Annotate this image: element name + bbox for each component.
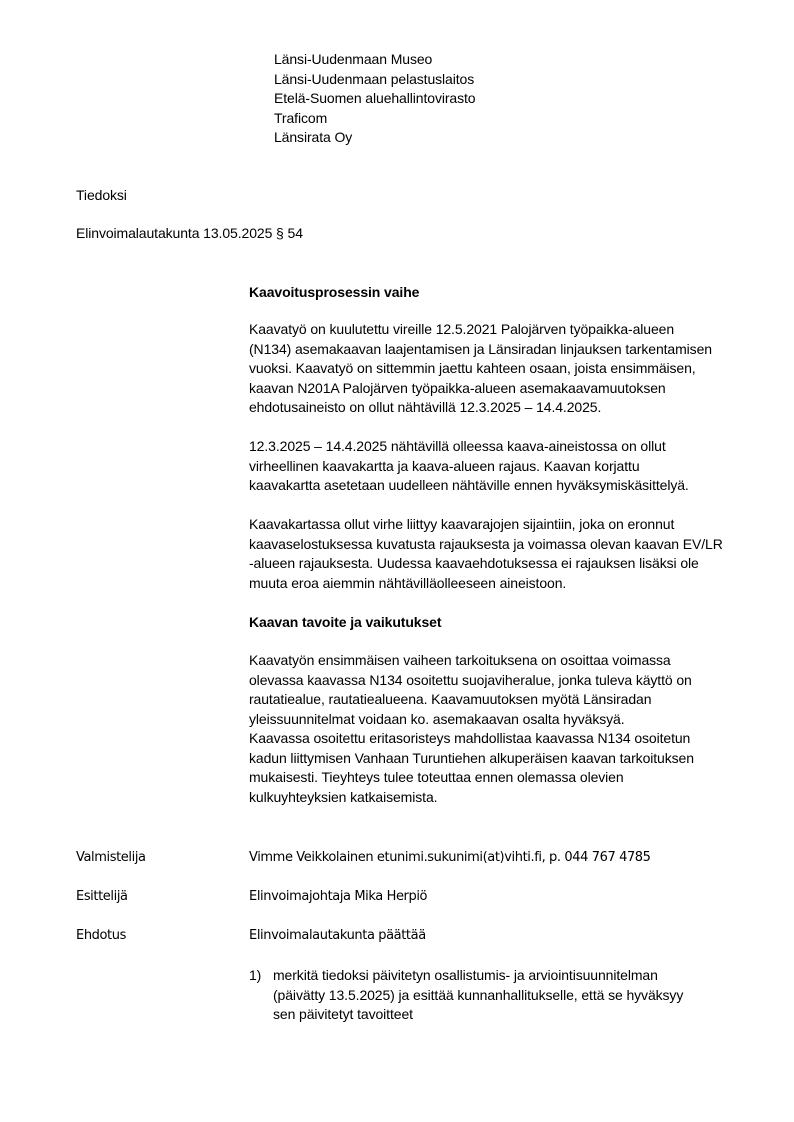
text-line: yleissuunnitelmat voidaan ko. asemakaava…	[249, 710, 694, 730]
section-heading: Kaavoitusprosessin vaihe	[249, 283, 419, 303]
recipient: Länsirata Oy	[274, 128, 475, 148]
recipient: Etelä-Suomen aluehallintovirasto	[274, 89, 475, 109]
text-line: merkitä tiedoksi päivitetyn osallistumis…	[273, 966, 683, 986]
text-line: kaavaselostuksessa kuvatusta rajauksesta…	[249, 535, 723, 555]
recipient-list: Länsi-Uudenmaan Museo Länsi-Uudenmaan pe…	[274, 50, 475, 148]
text-line: -alueen rajauksesta. Uudessa kaavaehdotu…	[249, 554, 723, 574]
valmistelija-label: Valmistelija	[76, 848, 146, 868]
text-line: ehdotusaineisto on ollut nähtävillä 12.3…	[249, 398, 712, 418]
text-line: (N134) asemakaavan laajentamisen ja Läns…	[249, 340, 712, 360]
text-line: kaavakartta asetetaan uudelleen nähtävil…	[249, 476, 689, 496]
text-line: kaavan N201A Palojärven työpaikka-alueen…	[249, 379, 712, 399]
recipient: Länsi-Uudenmaan Museo	[274, 50, 475, 70]
text-line: mukaisesti. Tieyhteys tulee toteuttaa en…	[249, 768, 694, 788]
text-line: kulkuyhteyksien katkaisemista.	[249, 788, 694, 808]
tiedoksi-label: Tiedoksi	[76, 186, 127, 206]
meeting-reference: Elinvoimalautakunta 13.05.2025 § 54	[76, 224, 303, 244]
text-line: olevassa kaavassa N134 osoitettu suojavi…	[249, 671, 694, 691]
esittelija-label: Esittelijä	[76, 887, 128, 907]
valmistelija-value: Vimme Veikkolainen etunimi.sukunimi(at)v…	[249, 848, 651, 868]
paragraph: Kaavatyö on kuulutettu vireille 12.5.202…	[249, 320, 712, 418]
text-line: rautatiealue, rautatiealueena. Kaavamuut…	[249, 690, 694, 710]
text-line: kadun liittymisen Vanhaan Turuntiehen al…	[249, 749, 694, 769]
ehdotus-label: Ehdotus	[76, 926, 126, 946]
paragraph: Kaavakartassa ollut virhe liittyy kaavar…	[249, 515, 723, 593]
text-line: muuta eroa aiemmin nähtävilläolleeseen a…	[249, 574, 723, 594]
section-heading: Kaavan tavoite ja vaikutukset	[249, 613, 441, 633]
text-line: (päivätty 13.5.2025) ja esittää kunnanha…	[273, 986, 683, 1006]
ehdotus-value: Elinvoimalautakunta päättää	[249, 926, 426, 946]
paragraph: Kaavatyön ensimmäisen vaiheen tarkoituks…	[249, 651, 694, 807]
text-line: virheellinen kaavakartta ja kaava-alueen…	[249, 457, 689, 477]
text-line: vuoksi. Kaavatyö on sittemmin jaettu kah…	[249, 359, 712, 379]
text-line: Kaavassa osoitettu eritasoristeys mahdol…	[249, 729, 694, 749]
text-line: 12.3.2025 – 14.4.2025 nähtävillä olleess…	[249, 437, 689, 457]
esittelija-value: Elinvoimajohtaja Mika Herpiö	[249, 887, 427, 907]
list-item-number: 1)	[249, 966, 261, 986]
recipient: Traficom	[274, 109, 475, 129]
recipient: Länsi-Uudenmaan pelastuslaitos	[274, 70, 475, 90]
text-line: sen päivitetyt tavoitteet	[273, 1005, 683, 1025]
text-line: Kaavatyö on kuulutettu vireille 12.5.202…	[249, 320, 712, 340]
text-line: Kaavatyön ensimmäisen vaiheen tarkoituks…	[249, 651, 694, 671]
list-item: merkitä tiedoksi päivitetyn osallistumis…	[273, 966, 683, 1025]
text-line: Kaavakartassa ollut virhe liittyy kaavar…	[249, 515, 723, 535]
paragraph: 12.3.2025 – 14.4.2025 nähtävillä olleess…	[249, 437, 689, 496]
